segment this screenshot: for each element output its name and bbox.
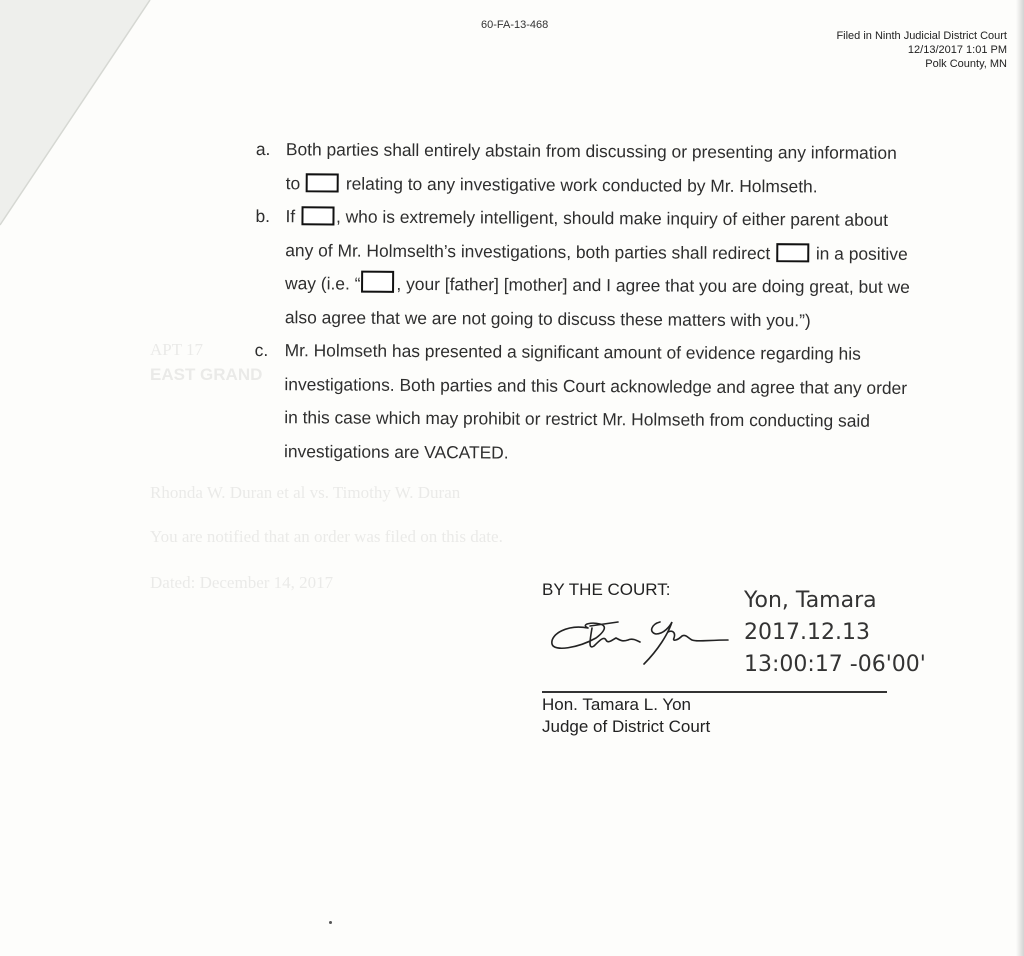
- filed-stamp-county: Polk County, MN: [836, 57, 1007, 71]
- order-item-a: a. Both parties shall entirely abstain f…: [256, 133, 916, 204]
- digital-signature-time: 13:00:17 -06'00': [744, 649, 926, 681]
- order-item-c: c. Mr. Holmseth has presented a signific…: [254, 334, 915, 472]
- signature-line: [542, 691, 887, 693]
- bleed-through-text: Rhonda W. Duran et al vs. Timothy W. Dur…: [150, 483, 460, 503]
- item-marker: c.: [255, 334, 269, 368]
- case-number: 60-FA-13-468: [481, 19, 548, 31]
- filed-stamp-court: Filed in Ninth Judicial District Court: [836, 29, 1007, 43]
- redaction-box: [361, 271, 394, 293]
- item-marker: b.: [255, 200, 270, 234]
- handwritten-signature-icon: [548, 610, 748, 670]
- bleed-through-text: Dated: December 14, 2017: [150, 573, 333, 593]
- digital-signature-name: Yon, Tamara: [744, 585, 926, 617]
- judge-title: Judge of District Court: [542, 716, 710, 738]
- digital-signature: Yon, Tamara 2017.12.13 13:00:17 -06'00': [744, 585, 926, 681]
- filed-stamp: Filed in Ninth Judicial District Court 1…: [836, 29, 1007, 71]
- digital-signature-date: 2017.12.13: [744, 617, 926, 649]
- filed-stamp-datetime: 12/13/2017 1:01 PM: [836, 43, 1007, 57]
- redaction-box: [306, 173, 339, 192]
- scan-speck: [329, 921, 332, 924]
- item-text: relating to any investigative work condu…: [341, 173, 818, 196]
- bleed-through-text: APT 17: [150, 340, 203, 360]
- judge-name: Hon. Tamara L. Yon: [542, 694, 710, 716]
- page-edge-shadow: [1016, 0, 1024, 956]
- item-text: Mr. Holmseth has presented a significant…: [284, 340, 907, 462]
- bleed-through-text: You are notified that an order was filed…: [150, 527, 503, 547]
- redaction-box: [776, 243, 809, 262]
- by-the-court-label: BY THE COURT:: [542, 580, 670, 600]
- order-item-b: b. If , who is extremely intelligent, sh…: [255, 200, 916, 338]
- order-body: a. Both parties shall entirely abstain f…: [254, 133, 916, 472]
- item-marker: a.: [256, 133, 271, 167]
- judge-info: Hon. Tamara L. Yon Judge of District Cou…: [542, 694, 710, 738]
- item-text: If: [285, 206, 300, 226]
- bleed-through-text: EAST GRAND: [150, 365, 262, 385]
- redaction-box: [301, 206, 334, 225]
